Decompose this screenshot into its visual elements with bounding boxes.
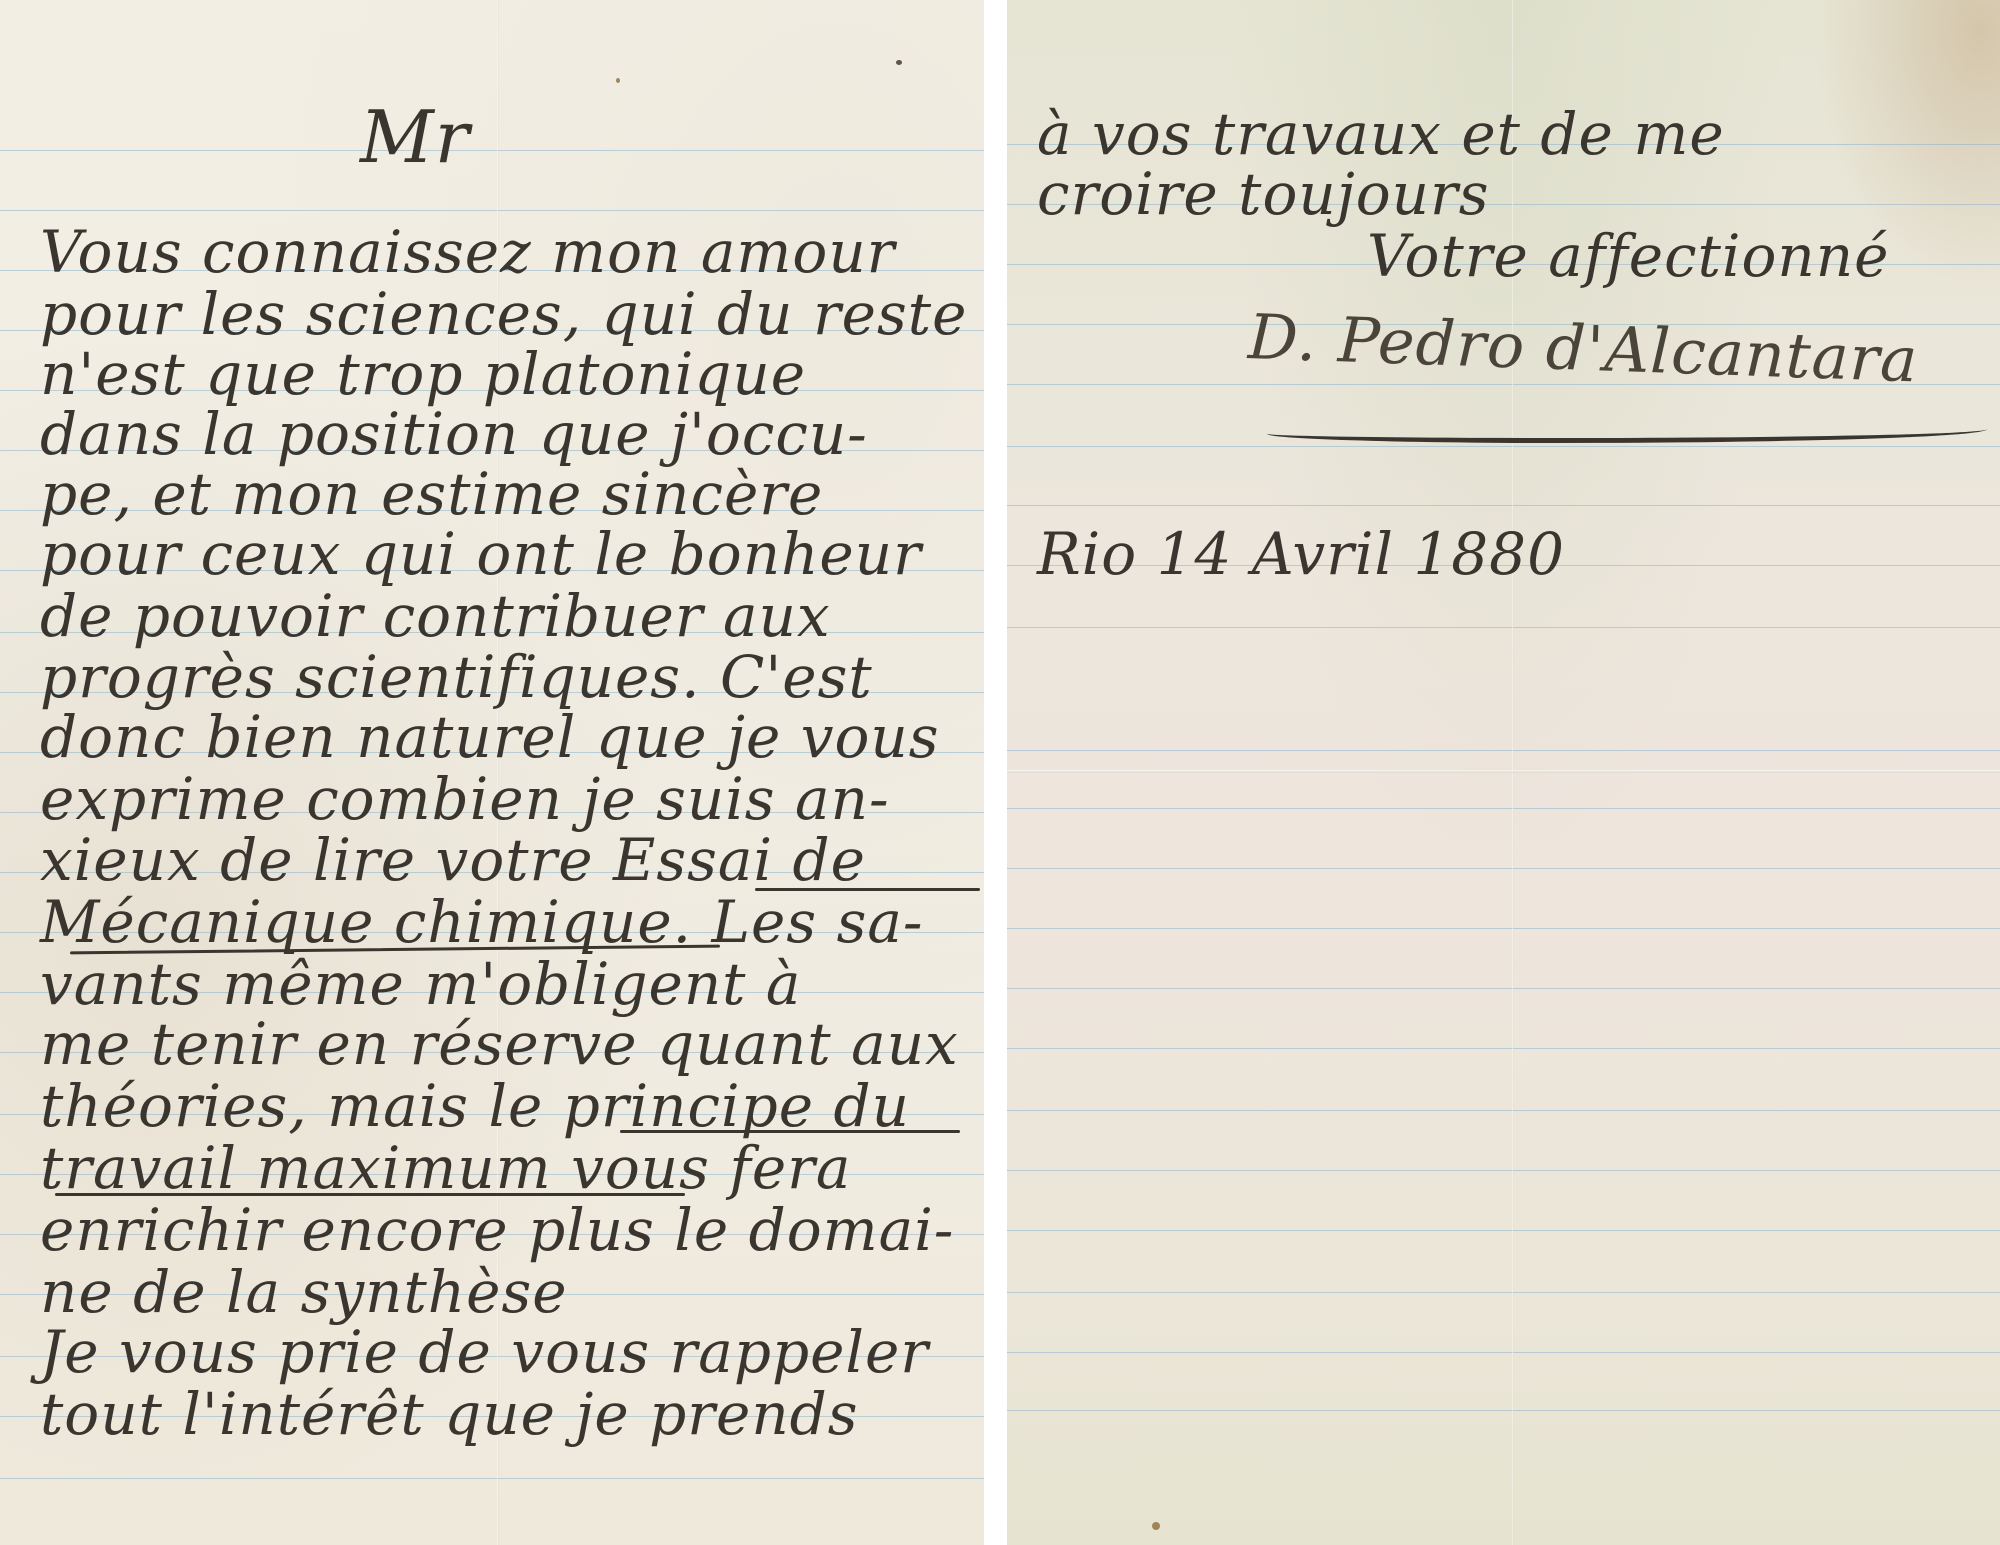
letter-line: me tenir en réserve quant aux — [40, 1010, 959, 1078]
underline-principe — [620, 1130, 960, 1133]
letter-page-left: Mr Vous connaissez mon amour pour les sc… — [0, 0, 984, 1545]
letter-line: enrichir encore plus le domai- — [40, 1196, 954, 1264]
ruled-line — [1007, 1292, 2000, 1293]
ruled-line — [1007, 928, 2000, 929]
ruled-line — [1007, 1170, 2000, 1171]
salutation: Mr — [360, 95, 470, 179]
letter-line: ne de la synthèse — [40, 1258, 568, 1326]
letter-line: pour les sciences, qui du reste — [40, 280, 967, 348]
letter-line: travail maximum vous fera — [40, 1134, 851, 1202]
letter-line: tout l'intérêt que je prends — [40, 1380, 859, 1448]
ruled-line — [1007, 808, 2000, 809]
ruled-line — [1007, 627, 2000, 628]
ruled-line — [0, 210, 984, 211]
ink-speck — [896, 60, 902, 65]
ruled-line — [1007, 505, 2000, 506]
ruled-line — [0, 1478, 984, 1479]
underline-essai — [755, 888, 980, 891]
ruled-line — [1007, 750, 2000, 751]
letter-line: vants même m'obligent à — [40, 950, 802, 1018]
stain-speck — [616, 78, 620, 83]
letter-line: à vos travaux et de me — [1037, 100, 1725, 168]
letter-line: Vous connaissez mon amour — [40, 218, 895, 286]
ruled-line — [1007, 1230, 2000, 1231]
paper-crease — [1007, 770, 2000, 773]
dateline: Rio 14 Avril 1880 — [1037, 520, 1565, 588]
ruled-line — [1007, 1048, 2000, 1049]
stain-speck — [1152, 1522, 1160, 1530]
ruled-line — [1007, 1410, 2000, 1411]
ruled-line — [1007, 1352, 2000, 1353]
letter-line: exprime combien je suis an- — [40, 765, 890, 833]
letter-line: donc bien naturel que je vous — [40, 703, 940, 771]
document-viewer: Mr Vous connaissez mon amour pour les sc… — [0, 0, 2000, 1545]
letter-line: de pouvoir contribuer aux — [40, 582, 831, 650]
letter-line: pe, et mon estime sincère — [40, 460, 823, 528]
ruled-line — [1007, 868, 2000, 869]
signature-flourish — [1267, 420, 1987, 443]
signature: D. Pedro d'Alcantara — [1247, 300, 1919, 396]
letter-line: n'est que trop platonique — [40, 340, 806, 408]
ruled-line — [0, 150, 984, 151]
letter-page-right: à vos travaux et de me croire toujours V… — [1007, 0, 2000, 1545]
letter-line: Mécanique chimique. Les sa- — [40, 888, 924, 956]
letter-line: Je vous prie de vous rappeler — [40, 1318, 929, 1386]
ruled-line — [1007, 1110, 2000, 1111]
letter-line: pour ceux qui ont le bonheur — [40, 520, 922, 588]
letter-line: xieux de lire votre Essai de — [40, 826, 866, 894]
underline-travail — [55, 1193, 685, 1196]
letter-line: dans la position que j'occu- — [40, 400, 868, 468]
letter-line: progrès scientifiques. C'est — [40, 643, 873, 711]
ruled-line — [1007, 446, 2000, 447]
closing: Votre affectionné — [1367, 222, 1889, 290]
ruled-line — [1007, 988, 2000, 989]
letter-line: croire toujours — [1037, 160, 1490, 228]
